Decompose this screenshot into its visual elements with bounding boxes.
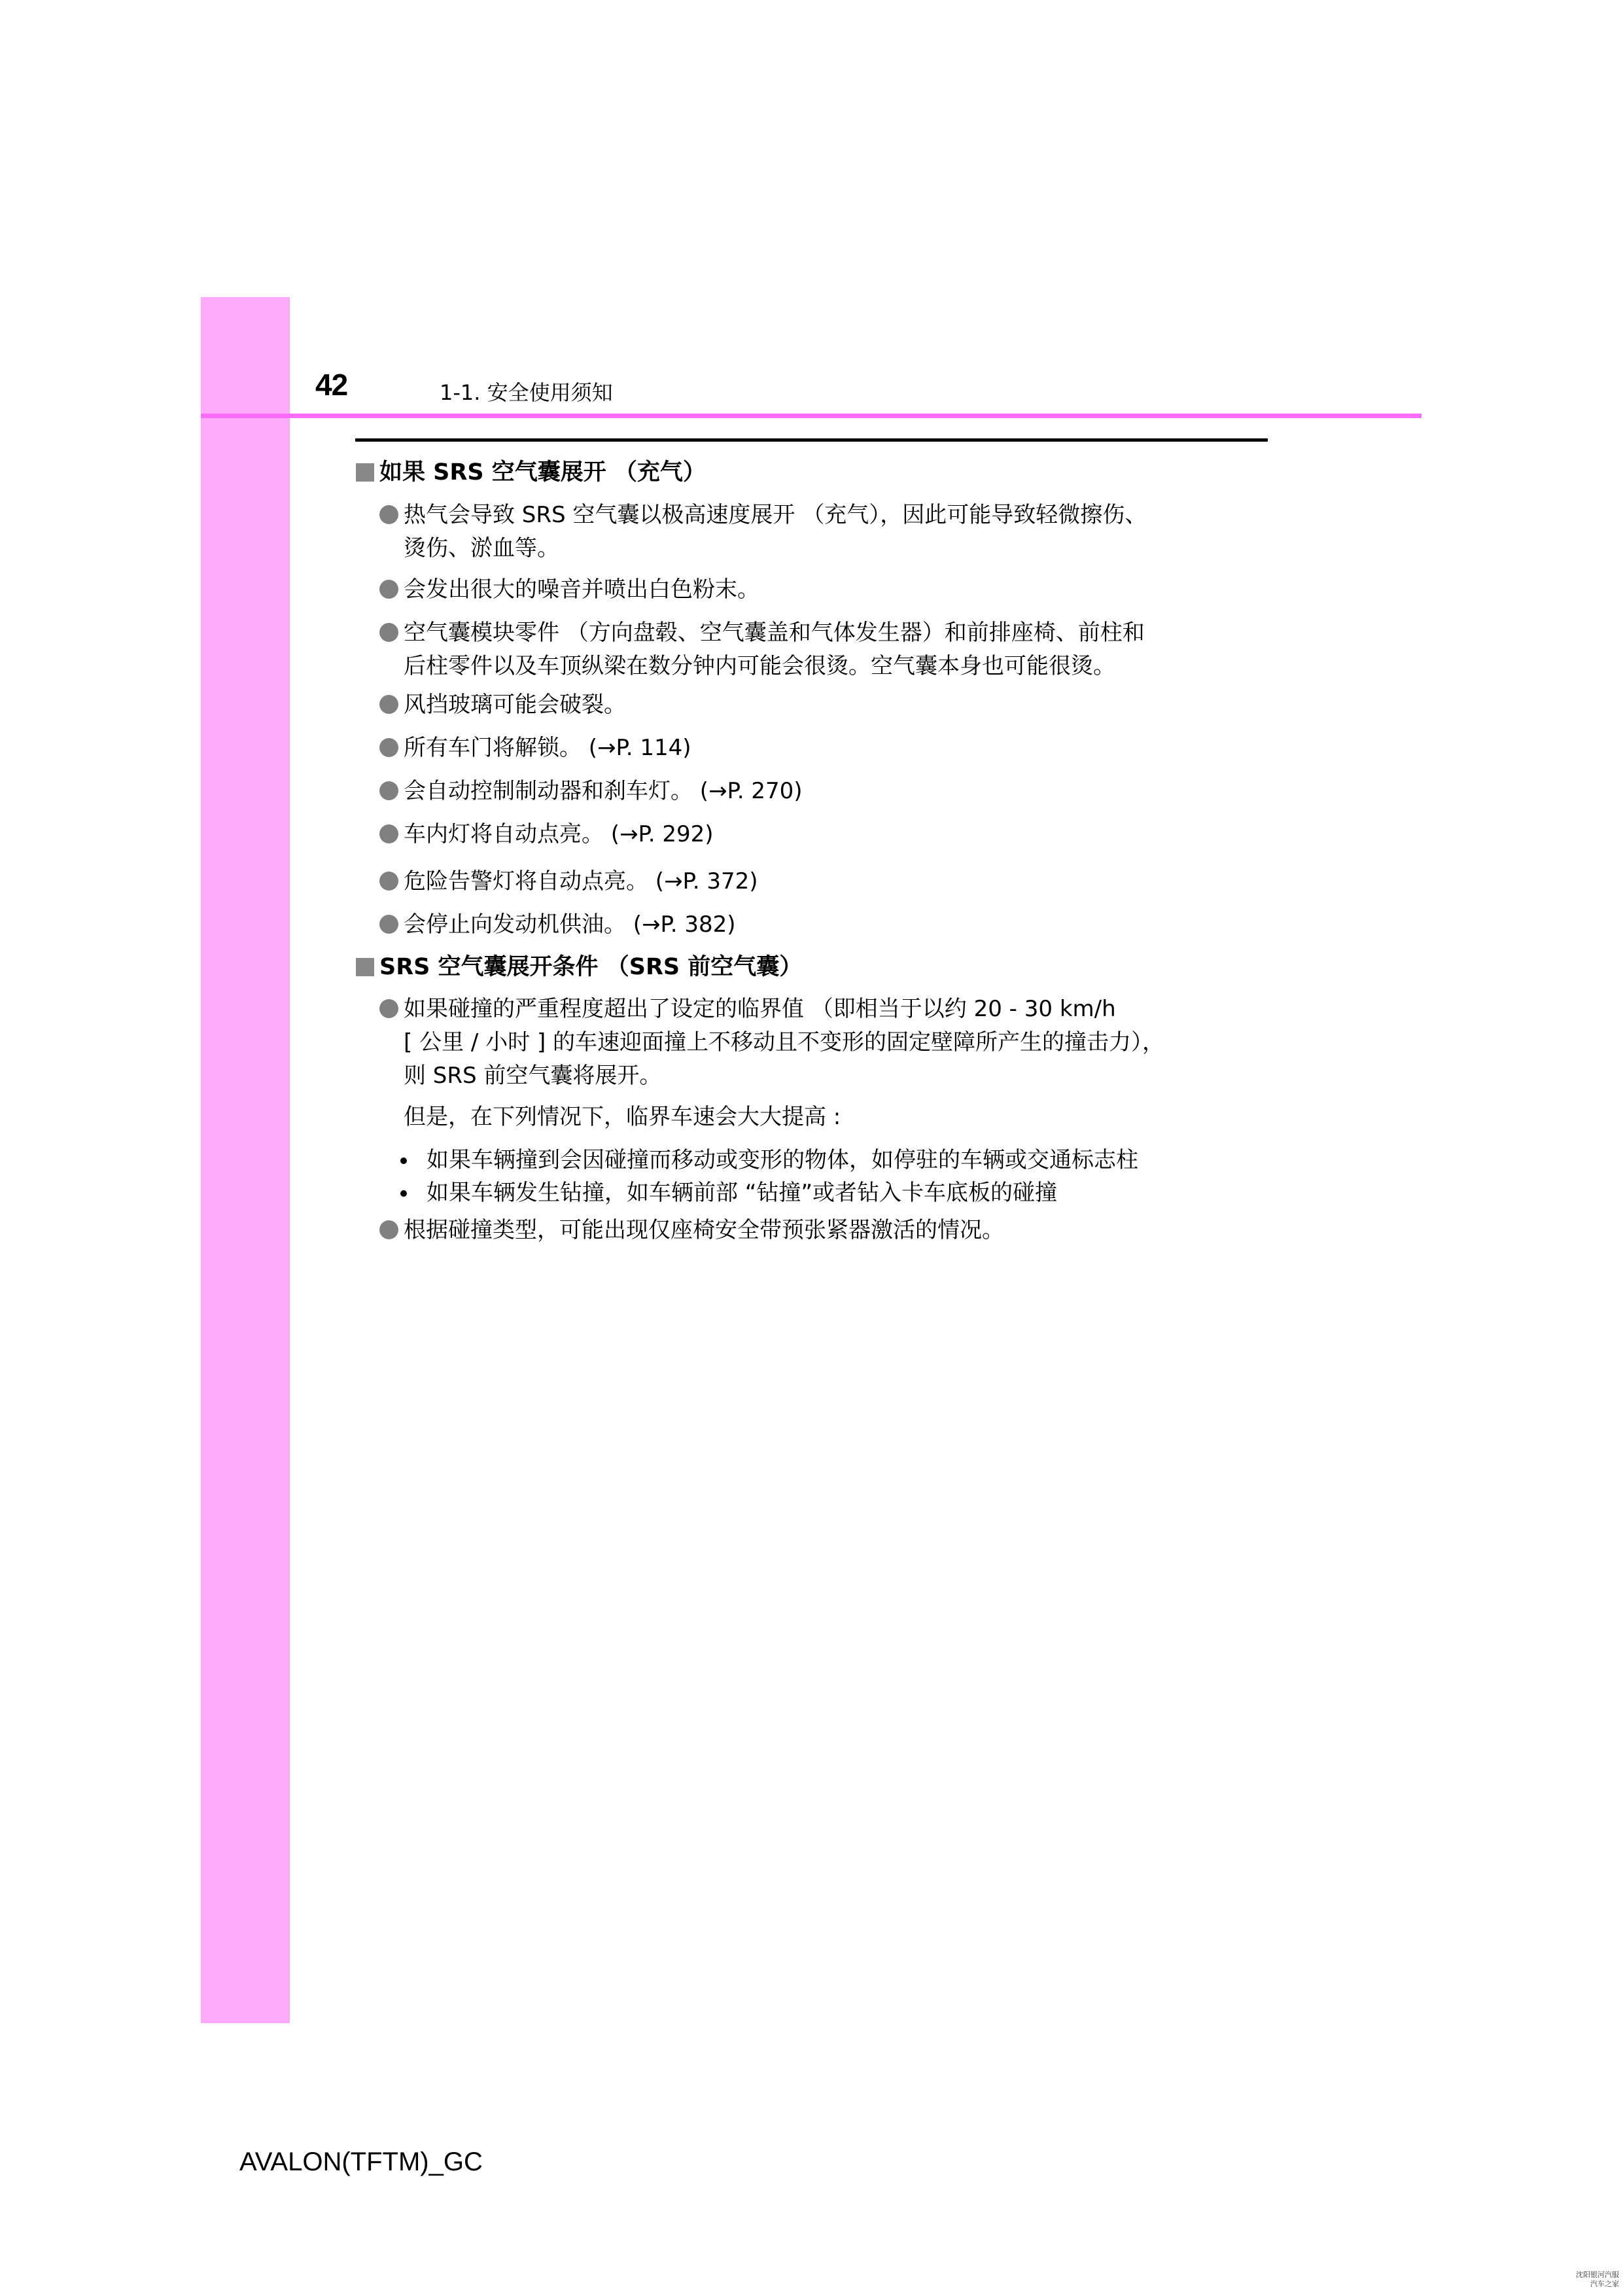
watermark-line: 沈阳银河汽服: [1576, 2270, 1619, 2280]
item-text-page-ref: 危险告警灯将自动点亮。 (→P. 372): [379, 865, 758, 898]
list-item: 空气囊模块零件 （方向盘毂、空气囊盖和气体发生器）和前排座椅、前柱和 后柱零件以…: [379, 616, 1145, 683]
circle-bullet-icon: [379, 623, 398, 642]
circle-bullet-icon: [379, 580, 398, 599]
item-text-page-ref: 所有车门将解锁。 (→P. 114): [379, 732, 691, 765]
list-item: 会发出很大的噪音并喷出白色粉末。: [379, 573, 759, 607]
list-item: 会自动控制制动器和刹车灯。 (→P. 270): [379, 775, 803, 808]
item-text: 会发出很大的噪音并喷出白色粉末。: [379, 573, 759, 607]
item-text: [ 公里 / 小时 ] 的车速迎面撞上不移动且不变形的固定壁障所产生的撞击力），: [379, 1026, 1164, 1059]
item-note: 但是，在下列情况下，临界车速会大大提高 :: [404, 1101, 841, 1134]
circle-bullet-icon: [379, 824, 398, 843]
section-heading-text: 如果 SRS 空气囊展开 （充气）: [379, 458, 706, 487]
circle-bullet-icon: [379, 505, 398, 524]
sub-list-item: 如果车辆发生钻撞，如车辆前部 “钻撞”或者钻入卡车底板的碰撞: [400, 1176, 1057, 1210]
list-item: 根据碰撞类型，可能出现仅座椅安全带预张紧器激活的情况。: [379, 1214, 1004, 1247]
list-item: 车内灯将自动点亮。 (→P. 292): [379, 818, 714, 851]
item-text: 如果碰撞的严重程度超出了设定的临界值 （即相当于以约 20 - 30 km/h: [379, 993, 1164, 1026]
circle-bullet-icon: [379, 781, 398, 800]
list-item: 危险告警灯将自动点亮。 (→P. 372): [379, 865, 758, 898]
circle-bullet-icon: [379, 999, 398, 1018]
item-text: 则 SRS 前空气囊将展开。: [379, 1059, 1164, 1093]
circle-bullet-icon: [379, 738, 398, 757]
item-text: 空气囊模块零件 （方向盘毂、空气囊盖和气体发生器）和前排座椅、前柱和: [379, 616, 1145, 650]
sub-list-item: 如果车辆撞到会因碰撞而移动或变形的物体，如停驻的车辆或交通标志柱: [400, 1144, 1138, 1177]
list-item: 如果碰撞的严重程度超出了设定的临界值 （即相当于以约 20 - 30 km/h …: [379, 993, 1164, 1093]
dot-bullet-icon: [400, 1157, 407, 1164]
chapter-title: 1-1. 安全使用须知: [440, 378, 613, 407]
item-text: 后柱零件以及车顶纵梁在数分钟内可能会很烫。空气囊本身也可能很烫。: [379, 650, 1145, 683]
circle-bullet-icon: [379, 872, 398, 891]
item-text-page-ref: 会停止向发动机供油。 (→P. 382): [379, 908, 736, 942]
circle-bullet-icon: [379, 915, 398, 934]
sub-item-text: 如果车辆发生钻撞，如车辆前部 “钻撞”或者钻入卡车底板的碰撞: [400, 1180, 1057, 1206]
square-bullet-icon: [356, 463, 374, 482]
item-text: 热气会导致 SRS 空气囊以极高速度展开 （充气），因此可能导致轻微擦伤、: [379, 499, 1147, 532]
section-heading-airbag-deploys: 如果 SRS 空气囊展开 （充气）: [356, 458, 706, 487]
item-text-page-ref: 会自动控制制动器和刹车灯。 (→P. 270): [379, 775, 803, 808]
list-item: 热气会导致 SRS 空气囊以极高速度展开 （充气），因此可能导致轻微擦伤、 烫伤…: [379, 499, 1147, 565]
footer-model-code: AVALON(TFTM)_GC: [239, 2146, 483, 2178]
watermark-line: 汽车之家: [1576, 2280, 1619, 2289]
section-heading-text: SRS 空气囊展开条件 （SRS 前空气囊）: [379, 953, 802, 981]
section-heading-deployment-conditions: SRS 空气囊展开条件 （SRS 前空气囊）: [356, 953, 802, 981]
dot-bullet-icon: [400, 1190, 407, 1197]
circle-bullet-icon: [379, 695, 398, 714]
item-text-page-ref: 车内灯将自动点亮。 (→P. 292): [379, 818, 714, 851]
item-text: 风挡玻璃可能会破裂。: [379, 688, 626, 722]
square-bullet-icon: [356, 958, 374, 976]
header-rule: [201, 414, 1422, 418]
chapter-tab: [201, 297, 290, 2023]
watermark: 沈阳银河汽服 汽车之家: [1576, 2270, 1619, 2289]
list-item: 风挡玻璃可能会破裂。: [379, 688, 626, 722]
item-text: 烫伤、淤血等。: [379, 532, 1147, 565]
section-divider: [355, 438, 1268, 442]
item-text: 根据碰撞类型，可能出现仅座椅安全带预张紧器激活的情况。: [379, 1214, 1004, 1247]
list-item: 会停止向发动机供油。 (→P. 382): [379, 908, 736, 942]
page-number: 42: [315, 368, 347, 402]
circle-bullet-icon: [379, 1220, 398, 1239]
list-item: 所有车门将解锁。 (→P. 114): [379, 732, 691, 765]
sub-item-text: 如果车辆撞到会因碰撞而移动或变形的物体，如停驻的车辆或交通标志柱: [400, 1147, 1138, 1173]
